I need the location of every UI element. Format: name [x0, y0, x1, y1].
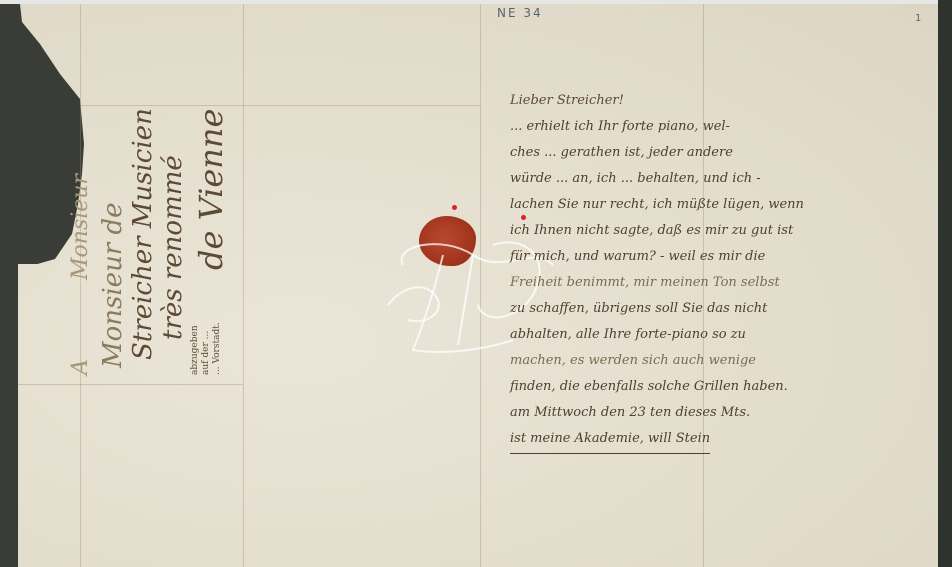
address-line-2: Monsieur de — [100, 202, 126, 368]
letter-line: würde ... an, ich ... behalten, und ich … — [510, 166, 920, 192]
address-prefix: A — [70, 359, 92, 375]
address-note-line: ... Vorstadt. — [212, 322, 223, 375]
page-number: 1 — [915, 13, 921, 24]
fold-line — [80, 105, 480, 106]
signature: ist meine Akademie, will Stein — [510, 426, 710, 454]
letter-line: Freiheit benimmt, mir meinen Ton selbst — [510, 270, 920, 296]
fold-line — [18, 384, 243, 385]
address-note-line: auf der ... — [201, 322, 212, 375]
letter-body: Lieber Streicher! ... erhielt ich Ihr fo… — [510, 88, 920, 452]
fold-line — [80, 4, 81, 567]
address-line-3: Streicher Musicien — [130, 108, 156, 360]
letter-line: ich Ihnen nicht sagte, daß es mir zu gut… — [510, 218, 920, 244]
fold-line — [243, 4, 244, 567]
fold-line — [480, 4, 481, 567]
archive-mark: NE 34 — [497, 6, 543, 20]
address-line-1: Monsieur — [70, 174, 92, 280]
letter-line: ... erhielt ich Ihr forte piano, wel- — [510, 114, 920, 140]
letter-line: finden, die ebenfalls solche Grillen hab… — [510, 374, 920, 400]
letter-line: ches ... gerathen ist, jeder andere — [510, 140, 920, 166]
letter-line: machen, es werden sich auch wenige — [510, 348, 920, 374]
marker-dot — [452, 205, 457, 210]
letter-line: lachen Sie nur recht, ich müßte lügen, w… — [510, 192, 920, 218]
address-note: abzugeben auf der ... ... Vorstadt. — [190, 322, 222, 375]
letter-greeting: Lieber Streicher! — [510, 88, 920, 114]
letter-line: für mich, und warum? - weil es mir die — [510, 244, 920, 270]
address-note-line: abzugeben — [190, 322, 201, 375]
letter-closing-line: ist meine Akademie, will Stein — [510, 426, 920, 452]
right-edge-background — [938, 0, 952, 567]
letter-line: abhalten, alle Ihre forte-piano so zu — [510, 322, 920, 348]
wax-seal — [419, 216, 476, 266]
letter-line: am Mittwoch den 23 ten dieses Mts. — [510, 400, 920, 426]
address-line-5: de Vienne — [195, 109, 227, 270]
letter-line: zu schaffen, übrigens soll Sie das nicht — [510, 296, 920, 322]
address-line-4: très renommé — [160, 155, 186, 340]
